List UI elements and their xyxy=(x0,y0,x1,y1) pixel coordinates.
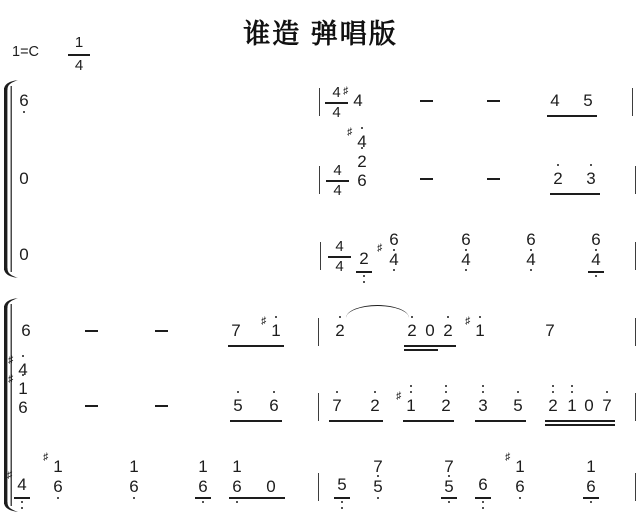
held-note-dash xyxy=(487,100,500,102)
octave-dot xyxy=(448,501,451,504)
beam-underline xyxy=(229,497,285,499)
held-note-dash xyxy=(487,178,500,180)
barline xyxy=(320,242,321,270)
note-4: 4 xyxy=(549,92,561,109)
note-2: 2 xyxy=(334,322,346,339)
note-6: 6 xyxy=(525,231,537,248)
barline xyxy=(318,473,319,501)
octave-dot xyxy=(236,501,239,504)
note-6: 6 xyxy=(460,231,472,248)
note-5: 5 xyxy=(336,476,348,493)
beam-underline xyxy=(329,420,383,422)
note-3: 3 xyxy=(585,170,597,187)
beam-underline xyxy=(583,497,599,499)
beam-underline xyxy=(334,497,350,499)
note-6: 6 xyxy=(477,476,489,493)
note-7: 7 xyxy=(544,322,556,339)
octave-dot xyxy=(411,316,414,319)
octave-dot xyxy=(557,164,560,167)
note-1: 1 xyxy=(128,458,140,475)
beam-underline xyxy=(356,271,372,273)
note-7: 7 xyxy=(331,397,343,414)
rest: 0 xyxy=(18,170,30,187)
sharp-icon: ♯ xyxy=(347,127,352,137)
beam-underline xyxy=(403,420,454,422)
sharp-icon: ♯ xyxy=(343,86,348,96)
beam-underline xyxy=(545,420,615,422)
barline xyxy=(635,242,636,270)
note-1: 1 xyxy=(405,397,417,414)
note-4: 4 xyxy=(460,251,472,268)
note-5: 5 xyxy=(512,397,524,414)
ts-numerator: 4 xyxy=(328,239,351,255)
beam-underline xyxy=(230,420,282,422)
ts-denominator: 4 xyxy=(325,105,348,121)
octave-dot xyxy=(479,316,482,319)
octave-dot xyxy=(445,391,448,394)
note-4: 4 xyxy=(590,251,602,268)
note-2: 2 xyxy=(547,397,559,414)
octave-dot xyxy=(606,391,609,394)
note-6: 6 xyxy=(268,397,280,414)
held-note-dash xyxy=(420,100,433,102)
octave-dot xyxy=(595,275,598,278)
note-4: 4 xyxy=(352,92,364,109)
octave-dot xyxy=(377,497,380,500)
octave-dot xyxy=(410,385,413,388)
barline xyxy=(635,166,636,194)
octave-dot xyxy=(339,316,342,319)
octave-dot xyxy=(517,391,520,394)
beam-underline xyxy=(545,424,615,426)
barline xyxy=(318,318,319,346)
beam-underline xyxy=(195,497,211,499)
octave-dot xyxy=(202,501,205,504)
note-5: 5 xyxy=(232,397,244,414)
system-bracket-icon xyxy=(1,80,19,278)
octave-dot xyxy=(237,391,240,394)
note-7: 7 xyxy=(372,458,384,475)
sharp-icon: ♯ xyxy=(377,243,382,253)
barline xyxy=(318,393,319,421)
barline xyxy=(632,88,633,116)
note-5: 5 xyxy=(443,478,455,495)
octave-dot xyxy=(590,164,593,167)
note-6: 6 xyxy=(18,92,30,109)
octave-dot xyxy=(519,497,522,500)
sharp-icon: ♯ xyxy=(43,452,48,462)
note-7: 7 xyxy=(443,458,455,475)
note-5: 5 xyxy=(372,478,384,495)
beam-underline xyxy=(441,497,457,499)
held-note-dash xyxy=(155,405,168,407)
octave-dot xyxy=(590,501,593,504)
note-6: 6 xyxy=(590,231,602,248)
beam-underline xyxy=(404,349,438,351)
note-6: 6 xyxy=(20,322,32,339)
barline xyxy=(319,88,320,116)
note-1: 1 xyxy=(231,458,243,475)
time-signature: 44 xyxy=(328,239,351,275)
note-6: 6 xyxy=(585,478,597,495)
rest: 0 xyxy=(424,322,436,339)
note-2: 2 xyxy=(552,170,564,187)
rest: 0 xyxy=(18,246,30,263)
octave-dot xyxy=(374,391,377,394)
beam-underline xyxy=(588,271,604,273)
note-3: 3 xyxy=(477,397,489,414)
octave-dot xyxy=(363,281,366,284)
held-note-dash xyxy=(155,330,168,332)
sharp-icon: ♯ xyxy=(261,316,266,326)
ts-denominator: 4 xyxy=(328,259,351,275)
note-7: 7 xyxy=(230,322,242,339)
octave-dot xyxy=(393,269,396,272)
note-5: 5 xyxy=(582,92,594,109)
octave-dot xyxy=(23,111,26,114)
barline xyxy=(635,473,636,501)
octave-dot xyxy=(341,501,344,504)
beam-underline xyxy=(547,115,597,117)
ts-denominator: 4 xyxy=(326,183,349,199)
octave-dot xyxy=(482,385,485,388)
note-1: 1 xyxy=(52,458,64,475)
rest: 0 xyxy=(583,397,595,414)
note-6: 6 xyxy=(197,478,209,495)
note-1: 1 xyxy=(585,458,597,475)
score-canvas: 6444♯450444♯26230442♯64646464671♯22021♯7… xyxy=(0,0,641,514)
octave-dot xyxy=(336,391,339,394)
note-2: 2 xyxy=(369,397,381,414)
held-note-dash xyxy=(85,405,98,407)
sharp-icon: ♯ xyxy=(396,391,401,401)
tie-arc xyxy=(346,305,409,319)
note-6: 6 xyxy=(388,231,400,248)
note-1: 1 xyxy=(474,322,486,339)
note-2: 2 xyxy=(440,397,452,414)
note-4: 4 xyxy=(388,251,400,268)
octave-dot xyxy=(21,501,24,504)
octave-dot xyxy=(571,391,574,394)
beam-underline xyxy=(228,345,284,347)
octave-dot xyxy=(445,385,448,388)
note-1: 1 xyxy=(514,458,526,475)
note-6: 6 xyxy=(514,478,526,495)
note-1: 1 xyxy=(270,322,282,339)
note-1: 1 xyxy=(197,458,209,475)
note-2: 2 xyxy=(356,153,368,170)
note-2: 2 xyxy=(442,322,454,339)
barline xyxy=(319,166,320,194)
note-6: 6 xyxy=(52,478,64,495)
octave-dot xyxy=(275,316,278,319)
note-1: 1 xyxy=(566,397,578,414)
octave-dot xyxy=(465,269,468,272)
octave-dot xyxy=(410,391,413,394)
ts-numerator: 4 xyxy=(326,163,349,179)
octave-dot xyxy=(57,497,60,500)
octave-dot xyxy=(447,316,450,319)
note-2: 2 xyxy=(358,250,370,267)
note-6: 6 xyxy=(128,478,140,495)
octave-dot xyxy=(552,391,555,394)
octave-dot xyxy=(482,507,485,510)
note-6: 6 xyxy=(356,172,368,189)
beam-underline xyxy=(475,497,491,499)
octave-dot xyxy=(133,497,136,500)
octave-dot xyxy=(552,385,555,388)
octave-dot xyxy=(21,507,24,510)
held-note-dash xyxy=(85,330,98,332)
octave-dot xyxy=(482,391,485,394)
note-6: 6 xyxy=(231,478,243,495)
note-7: 7 xyxy=(601,397,613,414)
time-signature: 44 xyxy=(326,163,349,199)
octave-dot xyxy=(361,127,364,130)
note-2: 2 xyxy=(406,322,418,339)
octave-dot xyxy=(22,355,25,358)
octave-dot xyxy=(571,385,574,388)
barline xyxy=(635,318,636,346)
sharp-icon: ♯ xyxy=(465,316,470,326)
rest: 0 xyxy=(265,478,277,495)
note-4: 4 xyxy=(525,251,537,268)
octave-dot xyxy=(530,269,533,272)
barline xyxy=(635,393,636,421)
system-bracket-icon xyxy=(1,298,19,512)
beam-underline xyxy=(475,420,526,422)
score-page: 谁造 弹唱版 1=C 1 4 6444♯450444♯26230442♯6464… xyxy=(0,0,641,514)
held-note-dash xyxy=(420,178,433,180)
octave-dot xyxy=(341,507,344,510)
sharp-icon: ♯ xyxy=(505,452,510,462)
octave-dot xyxy=(363,275,366,278)
octave-dot xyxy=(482,501,485,504)
beam-underline xyxy=(550,193,600,195)
octave-dot xyxy=(273,391,276,394)
beam-underline xyxy=(404,345,456,347)
